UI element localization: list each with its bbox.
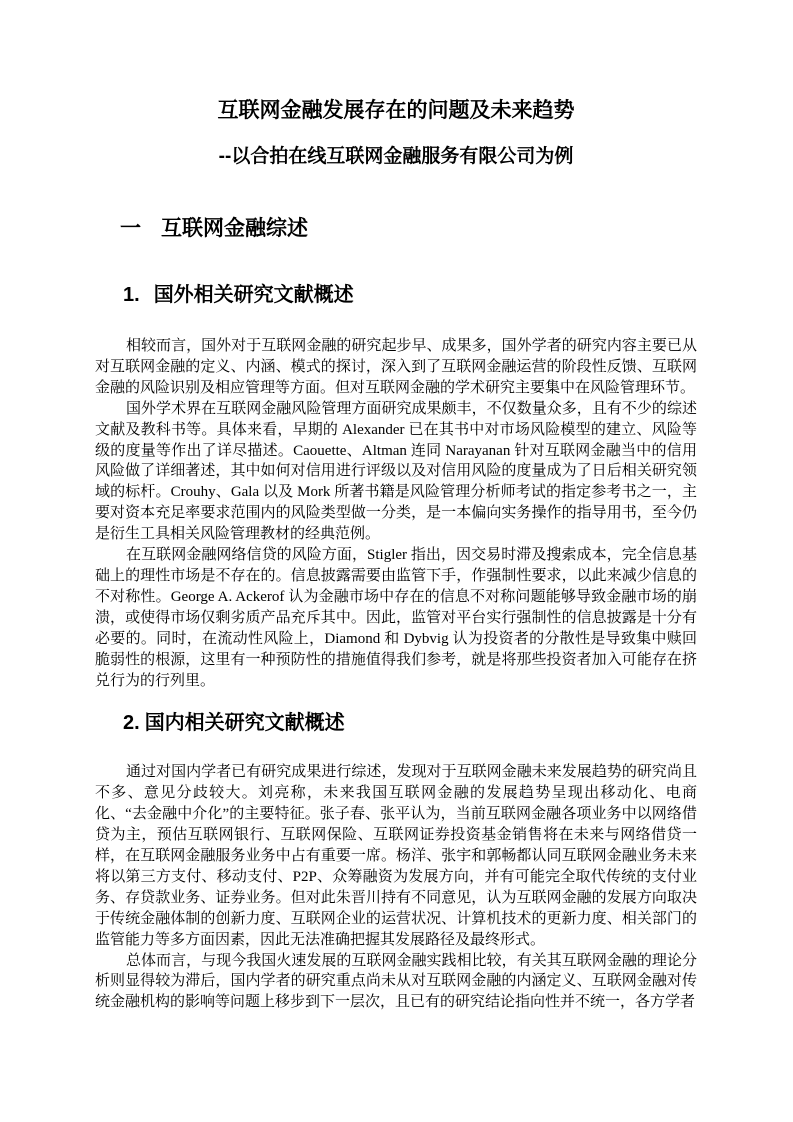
subsection2-number: 2. xyxy=(123,712,140,734)
paragraph-foreign-credit-risk: 在互联网金融网络信贷的风险方面，Stigler 指出，因交易时滞及搜索成本，完全… xyxy=(95,545,697,691)
paragraph-foreign-overview: 相较而言，国外对于互联网金融的研究起步早、成果多，国外学者的研究内容主要已从对互… xyxy=(95,336,697,399)
paragraph-foreign-risk-management: 国外学术界在互联网金融风险管理方面研究成果颇丰，不仅数量众多，且有不少的综述文献… xyxy=(95,399,697,545)
section-heading-number: 一 xyxy=(120,217,141,240)
document-title: 互联网金融发展存在的问题及未来趋势 xyxy=(95,0,697,125)
document-subtitle: --以合拍在线互联网金融服务有限公司为例 xyxy=(95,144,697,170)
document-page: 互联网金融发展存在的问题及未来趋势 --以合拍在线互联网金融服务有限公司为例 一… xyxy=(0,0,793,1122)
paragraph-domestic-trends: 通过对国内学者已有研究成果进行综述，发现对于互联网金融未来发展趋势的研究尚且不多… xyxy=(95,762,697,950)
subsection2-title: 国内相关研究文献概述 xyxy=(145,712,345,734)
section-heading-title: 互联网金融综述 xyxy=(161,217,308,240)
subsection-heading-domestic-literature: 2.国内相关研究文献概述 xyxy=(95,710,697,737)
section-heading-1: 一互联网金融综述 xyxy=(95,215,697,243)
paragraph-domestic-summary: 总体而言，与现今我国火速发展的互联网金融实践相比较，有关其互联网金融的理论分析则… xyxy=(95,951,697,1014)
subsection-heading-foreign-literature: 1.国外相关研究文献概述 xyxy=(95,282,697,308)
document-content: 互联网金融发展存在的问题及未来趋势 --以合拍在线互联网金融服务有限公司为例 一… xyxy=(0,0,793,1013)
subsection1-title: 国外相关研究文献概述 xyxy=(154,284,354,306)
subsection1-number: 1. xyxy=(123,284,140,306)
